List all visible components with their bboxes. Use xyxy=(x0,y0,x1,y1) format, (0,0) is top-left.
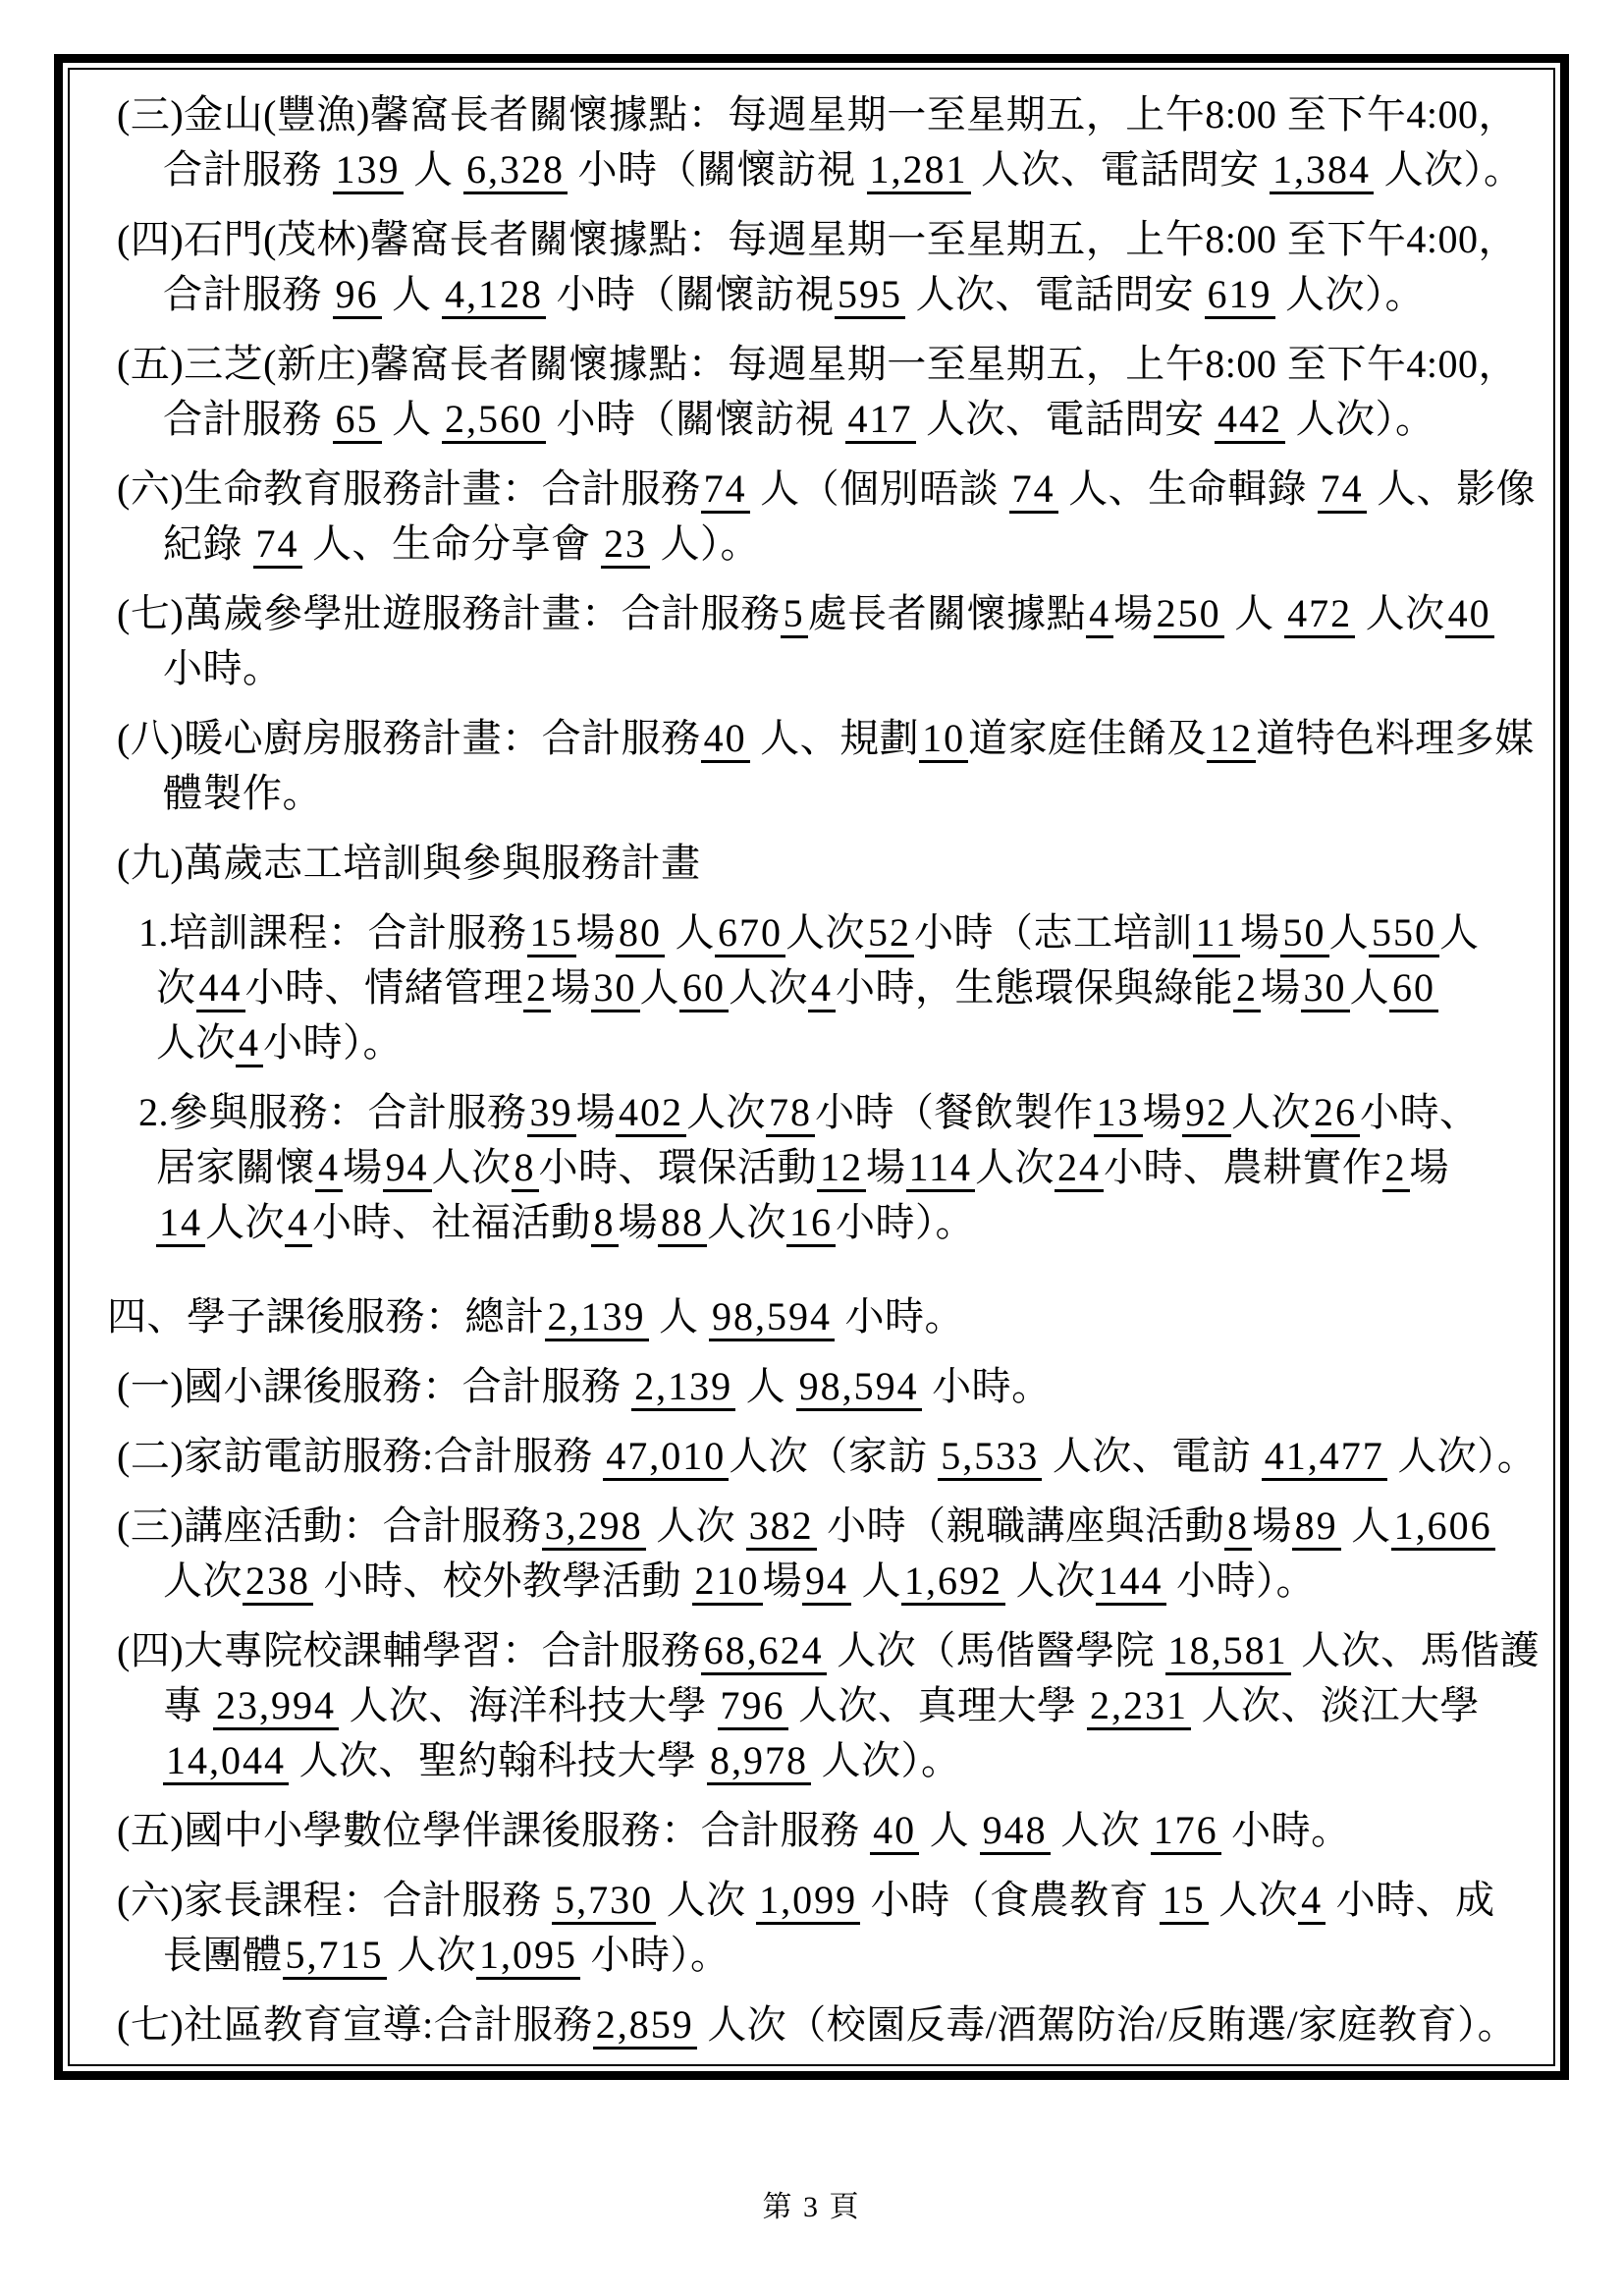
page-number: 第 3 頁 xyxy=(763,2191,861,2223)
underlined-number: 8 xyxy=(1224,1503,1252,1551)
document-body: (三)金山(豐漁)馨窩長者關懷據點：每週星期一至星期五，上午8:00 至下午4:… xyxy=(107,87,1526,2052)
underlined-number: 670 xyxy=(715,910,785,957)
underlined-number: 14,044 xyxy=(163,1738,289,1785)
underlined-number: 60 xyxy=(679,965,729,1012)
item-4-7-community-education: (七)社區教育宣導:合計服務2,859 人次（校園反毒/酒駕防治/反賄選/家庭教… xyxy=(107,1997,1526,2052)
underlined-number: 47,010 xyxy=(603,1434,729,1481)
underlined-number: 8 xyxy=(512,1145,539,1192)
text-line: (五)國中小學數位學伴課後服務：合計服務 40 人 948 人次 176 小時。 xyxy=(117,1803,1526,1858)
underlined-number: 4 xyxy=(1086,591,1113,638)
underlined-number: 12 xyxy=(817,1145,866,1192)
underlined-number: 1,606 xyxy=(1391,1503,1495,1551)
underlined-number: 80 xyxy=(616,910,665,957)
underlined-number: 13 xyxy=(1094,1090,1143,1137)
underlined-number: 550 xyxy=(1369,910,1439,957)
underlined-number: 15 xyxy=(527,910,576,957)
item-4-3-lectures: (三)講座活動：合計服務3,298 人次 382 小時（親職講座與活動8場89 … xyxy=(107,1499,1526,1609)
sub-2-participation-service: 2.參與服務：合計服務39場402人次78小時（餐飲製作13場92人次26小時、… xyxy=(107,1085,1526,1250)
item-4-6-parent-courses: (六)家長課程：合計服務 5,730 人次 1,099 小時（食農教育 15 人… xyxy=(107,1873,1526,1983)
underlined-number: 8 xyxy=(591,1200,619,1247)
underlined-number: 619 xyxy=(1205,272,1275,319)
underlined-number: 250 xyxy=(1154,591,1224,638)
text-line: (一)國小課後服務：合計服務 2,139 人 98,594 小時。 xyxy=(117,1359,1526,1414)
underlined-number: 210 xyxy=(692,1558,763,1606)
underlined-number: 2,231 xyxy=(1087,1683,1191,1730)
item-5-sanzhi-site: (五)三芝(新庄)馨窩長者關懷據點：每週星期一至星期五，上午8:00 至下午4:… xyxy=(107,337,1526,447)
underlined-number: 89 xyxy=(1292,1503,1341,1551)
section-4-after-school: 四、學子課後服務：總計2,139 人 98,594 小時。 xyxy=(107,1289,1526,1344)
sub-1-training-courses: 1.培訓課程：合計服務15場80 人670人次52小時（志工培訓11場50人55… xyxy=(107,905,1526,1070)
underlined-number: 88 xyxy=(658,1200,707,1247)
item-7-wansui-study-tour: (七)萬歲參學壯遊服務計畫：合計服務5處長者關懷據點4場250 人 472 人次… xyxy=(107,586,1526,696)
underlined-number: 1,095 xyxy=(476,1933,580,1980)
text-line: (六)家長課程：合計服務 5,730 人次 1,099 小時（食農教育 15 人… xyxy=(117,1873,1526,1928)
underlined-number: 14 xyxy=(156,1200,205,1247)
text-line: 2.參與服務：合計服務39場402人次78小時（餐飲製作13場92人次26小時、 xyxy=(138,1085,1526,1140)
underlined-number: 24 xyxy=(1055,1145,1104,1192)
underlined-number: 30 xyxy=(1301,965,1350,1012)
text-line: 次44小時、情緒管理2場30人60人次4小時，生態環保與綠能2場30人60 xyxy=(156,960,1526,1015)
underlined-number: 15 xyxy=(1160,1878,1209,1925)
item-9-volunteer-training: (九)萬歲志工培訓與參與服務計畫 xyxy=(107,836,1526,891)
text-line: 專 23,994 人次、海洋科技大學 796 人次、真理大學 2,231 人次、… xyxy=(163,1678,1526,1733)
underlined-number: 1,099 xyxy=(756,1878,860,1925)
underlined-number: 30 xyxy=(591,965,640,1012)
page-border-inner: (三)金山(豐漁)馨窩長者關懷據點：每週星期一至星期五，上午8:00 至下午4:… xyxy=(68,68,1555,2066)
text-line: (三)金山(豐漁)馨窩長者關懷據點：每週星期一至星期五，上午8:00 至下午4:… xyxy=(117,87,1526,142)
underlined-number: 176 xyxy=(1151,1808,1221,1855)
item-4-shimen-site: (四)石門(茂林)馨窩長者關懷據點：每週星期一至星期五，上午8:00 至下午4:… xyxy=(107,212,1526,322)
text-line: (三)講座活動：合計服務3,298 人次 382 小時（親職講座與活動8場89 … xyxy=(117,1499,1526,1554)
underlined-number: 442 xyxy=(1215,397,1285,444)
underlined-number: 74 xyxy=(701,466,750,514)
underlined-number: 948 xyxy=(980,1808,1051,1855)
text-line: (四)大專院校課輔學習：合計服務68,624 人次（馬偕醫學院 18,581 人… xyxy=(117,1623,1526,1678)
item-3-jinshan-site: (三)金山(豐漁)馨窩長者關懷據點：每週星期一至星期五，上午8:00 至下午4:… xyxy=(107,87,1526,197)
page-border-outer: (三)金山(豐漁)馨窩長者關懷據點：每週星期一至星期五，上午8:00 至下午4:… xyxy=(54,54,1569,2080)
underlined-number: 68,624 xyxy=(701,1628,827,1675)
underlined-number: 238 xyxy=(243,1558,313,1606)
underlined-number: 139 xyxy=(333,147,404,194)
text-line: (九)萬歲志工培訓與參與服務計畫 xyxy=(117,836,1526,891)
underlined-number: 1,281 xyxy=(867,147,971,194)
item-4-1-elementary-after-school: (一)國小課後服務：合計服務 2,139 人 98,594 小時。 xyxy=(107,1359,1526,1414)
underlined-number: 4 xyxy=(236,1020,263,1067)
text-line: 人次238 小時、校外教學活動 210場94 人1,692 人次144 小時）。 xyxy=(163,1554,1526,1609)
underlined-number: 74 xyxy=(1318,466,1367,514)
underlined-number: 1,384 xyxy=(1270,147,1374,194)
underlined-number: 114 xyxy=(906,1145,976,1192)
underlined-number: 8,978 xyxy=(707,1738,811,1785)
underlined-number: 94 xyxy=(383,1145,432,1192)
underlined-number: 40 xyxy=(870,1808,919,1855)
underlined-number: 472 xyxy=(1284,591,1355,638)
underlined-number: 5,730 xyxy=(552,1878,656,1925)
underlined-number: 1,692 xyxy=(901,1558,1005,1606)
underlined-number: 94 xyxy=(802,1558,851,1606)
underlined-number: 6,328 xyxy=(463,147,568,194)
text-line: 紀錄 74 人、生命分享會 23 人）。 xyxy=(163,517,1526,572)
underlined-number: 4 xyxy=(1298,1878,1325,1925)
underlined-number: 5,715 xyxy=(283,1933,387,1980)
text-line: (七)萬歲參學壯遊服務計畫：合計服務5處長者關懷據點4場250 人 472 人次… xyxy=(117,586,1526,641)
underlined-number: 4,128 xyxy=(442,272,546,319)
item-8-warm-kitchen: (八)暖心廚房服務計畫：合計服務40 人、規劃10道家庭佳餚及12道特色料理多媒… xyxy=(107,711,1526,821)
underlined-number: 2,139 xyxy=(631,1364,735,1411)
text-line: 合計服務 65 人 2,560 小時（關懷訪視 417 人次、電話問安 442 … xyxy=(163,392,1526,447)
underlined-number: 144 xyxy=(1096,1558,1166,1606)
underlined-number: 78 xyxy=(766,1090,815,1137)
underlined-number: 39 xyxy=(527,1090,576,1137)
text-line: 合計服務 96 人 4,128 小時（關懷訪視595 人次、電話問安 619 人… xyxy=(163,267,1526,322)
underlined-number: 4 xyxy=(315,1145,343,1192)
underlined-number: 5,533 xyxy=(938,1434,1042,1481)
text-line: 居家關懷4場94人次8小時、環保活動12場114人次24小時、農耕實作2場 xyxy=(156,1140,1526,1195)
page-footer: 第 3 頁 xyxy=(0,2182,1623,2225)
underlined-number: 2 xyxy=(1382,1145,1410,1192)
underlined-number: 74 xyxy=(1009,466,1058,514)
underlined-number: 40 xyxy=(701,716,750,763)
item-6-life-education: (六)生命教育服務計畫：合計服務74 人（個別晤談 74 人、生命輯錄 74 人… xyxy=(107,462,1526,572)
underlined-number: 12 xyxy=(1207,716,1256,763)
underlined-number: 2 xyxy=(1233,965,1261,1012)
text-line: 小時。 xyxy=(163,641,1526,696)
text-line: (八)暖心廚房服務計畫：合計服務40 人、規劃10道家庭佳餚及12道特色料理多媒 xyxy=(117,711,1526,766)
text-line: 14,044 人次、聖約翰科技大學 8,978 人次）。 xyxy=(163,1733,1526,1788)
underlined-number: 98,594 xyxy=(796,1364,922,1411)
text-line: 四、學子課後服務：總計2,139 人 98,594 小時。 xyxy=(107,1289,1526,1344)
underlined-number: 23,994 xyxy=(213,1683,339,1730)
underlined-number: 96 xyxy=(333,272,382,319)
text-line: 合計服務 139 人 6,328 小時（關懷訪視 1,281 人次、電話問安 1… xyxy=(163,142,1526,197)
underlined-number: 60 xyxy=(1389,965,1438,1012)
underlined-number: 41,477 xyxy=(1262,1434,1387,1481)
underlined-number: 98,594 xyxy=(709,1294,835,1341)
underlined-number: 402 xyxy=(616,1090,686,1137)
item-4-5-digital-companion: (五)國中小學數位學伴課後服務：合計服務 40 人 948 人次 176 小時。 xyxy=(107,1803,1526,1858)
underlined-number: 2 xyxy=(523,965,551,1012)
underlined-number: 2,139 xyxy=(545,1294,649,1341)
underlined-number: 50 xyxy=(1280,910,1329,957)
text-line: (六)生命教育服務計畫：合計服務74 人（個別晤談 74 人、生命輯錄 74 人… xyxy=(117,462,1526,517)
underlined-number: 382 xyxy=(746,1503,817,1551)
item-4-4-college-tutoring: (四)大專院校課輔學習：合計服務68,624 人次（馬偕醫學院 18,581 人… xyxy=(107,1623,1526,1788)
underlined-number: 11 xyxy=(1193,910,1241,957)
underlined-number: 10 xyxy=(919,716,968,763)
underlined-number: 3,298 xyxy=(542,1503,646,1551)
underlined-number: 44 xyxy=(196,965,245,1012)
underlined-number: 65 xyxy=(333,397,382,444)
text-line: 人次4小時）。 xyxy=(156,1015,1526,1070)
text-line: 14人次4小時、社福活動8場88人次16小時）。 xyxy=(156,1195,1526,1250)
text-line: 體製作。 xyxy=(163,766,1526,821)
item-4-2-home-phone-visits: (二)家訪電訪服務:合計服務 47,010人次（家訪 5,533 人次、電訪 4… xyxy=(107,1429,1526,1484)
underlined-number: 796 xyxy=(718,1683,788,1730)
underlined-number: 2,560 xyxy=(442,397,546,444)
text-line: (五)三芝(新庄)馨窩長者關懷據點：每週星期一至星期五，上午8:00 至下午4:… xyxy=(117,337,1526,392)
underlined-number: 18,581 xyxy=(1165,1628,1291,1675)
underlined-number: 5 xyxy=(781,591,808,638)
underlined-number: 26 xyxy=(1311,1090,1360,1137)
underlined-number: 52 xyxy=(865,910,914,957)
underlined-number: 4 xyxy=(285,1200,312,1247)
underlined-number: 2,859 xyxy=(593,2002,697,2050)
underlined-number: 417 xyxy=(845,397,916,444)
underlined-number: 595 xyxy=(835,272,905,319)
text-line: (七)社區教育宣導:合計服務2,859 人次（校園反毒/酒駕防治/反賄選/家庭教… xyxy=(117,1997,1526,2052)
underlined-number: 74 xyxy=(253,521,302,569)
underlined-number: 4 xyxy=(808,965,836,1012)
underlined-number: 16 xyxy=(786,1200,836,1247)
text-line: (四)石門(茂林)馨窩長者關懷據點：每週星期一至星期五，上午8:00 至下午4:… xyxy=(117,212,1526,267)
underlined-number: 92 xyxy=(1182,1090,1231,1137)
text-line: 1.培訓課程：合計服務15場80 人670人次52小時（志工培訓11場50人55… xyxy=(138,905,1526,960)
text-line: (二)家訪電訪服務:合計服務 47,010人次（家訪 5,533 人次、電訪 4… xyxy=(117,1429,1526,1484)
underlined-number: 40 xyxy=(1445,591,1494,638)
text-line: 長團體5,715 人次1,095 小時）。 xyxy=(163,1928,1526,1983)
underlined-number: 23 xyxy=(601,521,650,569)
